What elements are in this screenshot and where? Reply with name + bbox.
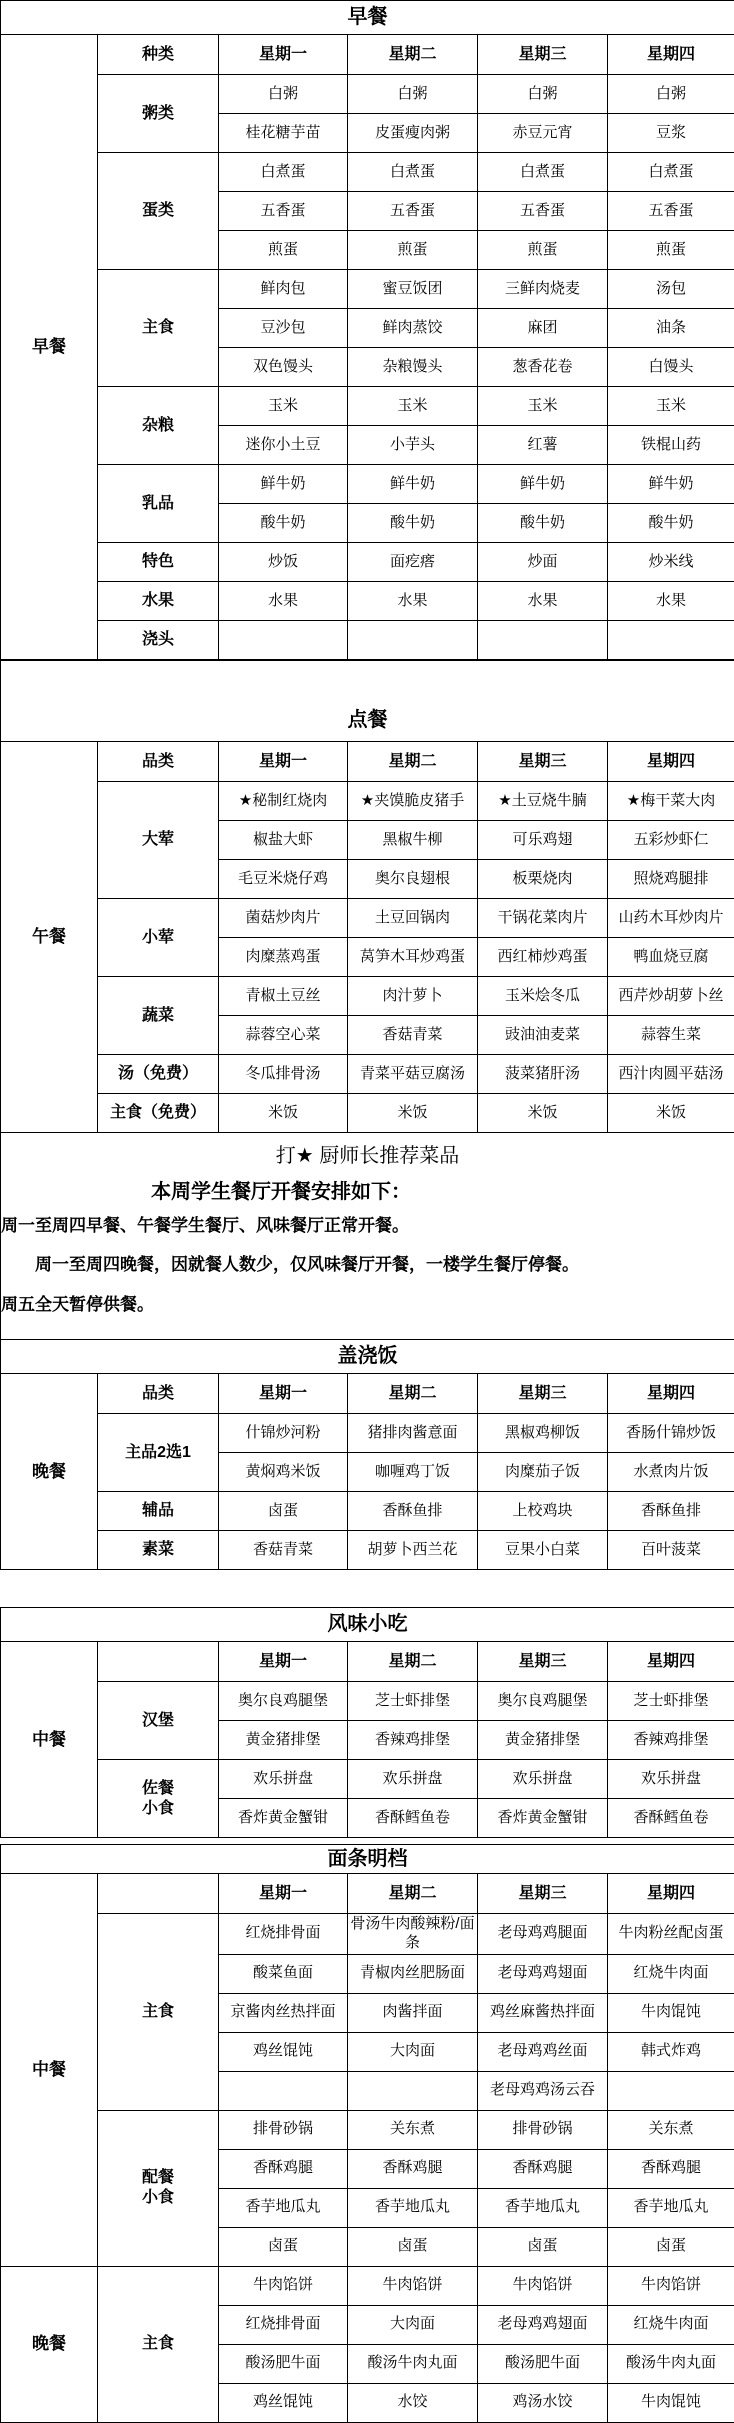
menu-item-cell	[478, 621, 608, 660]
menu-item-cell: 关东煮	[348, 2110, 478, 2149]
menu-document: 早餐早餐种类星期一星期二星期三星期四粥类白粥白粥白粥白粥桂花糖芋苗皮蛋瘦肉粥赤豆…	[0, 0, 734, 2423]
menu-item-cell: 香酥鸡腿	[608, 2149, 734, 2188]
section-fengweixiaochi: 风味小吃中餐星期一星期二星期三星期四汉堡奥尔良鸡腿堡芝士虾排堡奥尔良鸡腿堡芝士虾…	[0, 1607, 734, 1838]
menu-item-cell: 香炸黄金蟹钳	[219, 1799, 348, 1838]
menu-item-cell: 鲜肉蒸饺	[348, 309, 478, 348]
section-table-miantiao: 面条明档中餐星期一星期二星期三星期四主食红烧排骨面骨汤牛肉酸辣粉/面条老母鸡鸡腿…	[0, 1844, 734, 2423]
menu-item-cell: 鸡汤水饺	[478, 2383, 608, 2422]
menu-item-cell: 面疙瘩	[348, 543, 478, 582]
category-label: 浇头	[98, 621, 219, 660]
chef-recommend-note: 打★ 厨师长推荐菜品	[1, 1139, 734, 1168]
menu-item-cell: 红烧牛肉面	[608, 1954, 734, 1993]
menu-item-cell: 骨汤牛肉酸辣粉/面条	[348, 1914, 478, 1955]
menu-item-cell: 酸汤牛肉丸面	[348, 2344, 478, 2383]
menu-item-cell: 香芋地瓜丸	[348, 2188, 478, 2227]
menu-item-cell: 水果	[608, 582, 734, 621]
menu-item-cell: 鲜肉包	[219, 270, 348, 309]
menu-item-cell: 莴笋木耳炒鸡蛋	[348, 938, 478, 977]
menu-item-cell: 牛肉馅饼	[219, 2266, 348, 2305]
menu-item-cell: 水煮肉片饭	[608, 1453, 734, 1492]
menu-item-cell: 白馒头	[608, 348, 734, 387]
menu-item-cell: 煎蛋	[219, 231, 348, 270]
menu-item-cell: 香酥鸡腿	[478, 2149, 608, 2188]
menu-item-cell: 黄焖鸡米饭	[219, 1453, 348, 1492]
menu-item-cell: ★土豆烧牛腩	[478, 782, 608, 821]
menu-item-cell: 芝士虾排堡	[348, 1682, 478, 1721]
menu-item-cell: 五彩炒虾仁	[608, 821, 734, 860]
menu-item-cell: 铁棍山药	[608, 426, 734, 465]
category-label: 主食	[98, 270, 219, 387]
menu-item-cell: 蜜豆饭团	[348, 270, 478, 309]
meal-label: 午餐	[1, 742, 98, 1133]
menu-item-cell: 大肉面	[348, 2032, 478, 2071]
menu-item-cell: 胡萝卜西兰花	[348, 1531, 478, 1570]
menu-item-cell: 肉糜蒸鸡蛋	[219, 938, 348, 977]
menu-item-cell: 炒米线	[608, 543, 734, 582]
menu-item-cell: 鸡丝麻酱热拌面	[478, 1993, 608, 2032]
menu-item-cell: 黑椒牛柳	[348, 821, 478, 860]
menu-item-cell: 豆沙包	[219, 309, 348, 348]
menu-item-cell: 五香蛋	[608, 192, 734, 231]
menu-item-cell: 西红柿炒鸡蛋	[478, 938, 608, 977]
menu-item-cell: 水果	[478, 582, 608, 621]
menu-item-cell: 香炸黄金蟹钳	[478, 1799, 608, 1838]
menu-item-cell: 欢乐拼盘	[348, 1760, 478, 1799]
menu-item-cell: 黑椒鸡柳饭	[478, 1414, 608, 1453]
menu-item-cell: 土豆回锅肉	[348, 899, 478, 938]
menu-item-cell: 蒜蓉生菜	[608, 1016, 734, 1055]
menu-item-cell: 卤蛋	[608, 2227, 734, 2266]
category-label: 粥类	[98, 75, 219, 153]
section-miantiao: 面条明档中餐星期一星期二星期三星期四主食红烧排骨面骨汤牛肉酸辣粉/面条老母鸡鸡腿…	[0, 1844, 734, 2423]
menu-item-cell: 香辣鸡排堡	[608, 1721, 734, 1760]
menu-item-cell: 老母鸡鸡丝面	[478, 2032, 608, 2071]
menu-item-cell: 牛肉馄饨	[608, 2383, 734, 2422]
section-breakfast: 早餐早餐种类星期一星期二星期三星期四粥类白粥白粥白粥白粥桂花糖芋苗皮蛋瘦肉粥赤豆…	[0, 0, 734, 660]
category-header: 品类	[98, 742, 219, 782]
category-label: 素菜	[98, 1531, 219, 1570]
menu-item-cell: 椒盐大虾	[219, 821, 348, 860]
category-label: 佐餐 小食	[98, 1760, 219, 1838]
meal-label: 晚餐	[1, 2266, 98, 2422]
menu-item-cell: 牛肉馅饼	[348, 2266, 478, 2305]
menu-item-cell: ★秘制红烧肉	[219, 782, 348, 821]
meal-label: 晚餐	[1, 1374, 98, 1570]
category-label: 杂粮	[98, 387, 219, 465]
menu-item-cell	[219, 621, 348, 660]
menu-item-cell: 欢乐拼盘	[608, 1760, 734, 1799]
menu-item-cell: 煎蛋	[608, 231, 734, 270]
menu-item-cell: 麻团	[478, 309, 608, 348]
menu-item-cell: 关东煮	[608, 2110, 734, 2149]
weekday-header: 星期一	[219, 1874, 348, 1914]
weekday-header: 星期四	[608, 1642, 734, 1682]
section-table-gaijiaofan: 盖浇饭晚餐品类星期一星期二星期三星期四主品2选1什锦炒河粉猪排肉酱意面黑椒鸡柳饭…	[0, 1339, 734, 1570]
weekday-header: 星期四	[608, 1874, 734, 1914]
menu-item-cell	[348, 2071, 478, 2110]
menu-item-cell: 牛肉馅饼	[478, 2266, 608, 2305]
category-header: 品类	[98, 1374, 219, 1414]
menu-item-cell: 酸汤牛肉丸面	[608, 2344, 734, 2383]
menu-item-cell: 老母鸡鸡翅面	[478, 1954, 608, 1993]
menu-item-cell: 白粥	[219, 75, 348, 114]
section-title: 面条明档	[1, 1845, 734, 1874]
menu-item-cell: 老母鸡鸡腿面	[478, 1914, 608, 1955]
menu-item-cell: 京酱肉丝热拌面	[219, 1993, 348, 2032]
menu-item-cell: ★夹馍脆皮猪手	[348, 782, 478, 821]
menu-item-cell: 米饭	[219, 1094, 348, 1133]
menu-item-cell: 双色馒头	[219, 348, 348, 387]
weekday-header: 星期四	[608, 35, 734, 75]
category-label: 主食	[98, 1914, 219, 2111]
menu-item-cell: 三鲜肉烧麦	[478, 270, 608, 309]
menu-item-cell: 煎蛋	[478, 231, 608, 270]
menu-item-cell: 鲜牛奶	[608, 465, 734, 504]
category-label: 主食（免费）	[98, 1094, 219, 1133]
menu-item-cell: 上校鸡块	[478, 1492, 608, 1531]
menu-item-cell: 西芹炒胡萝卜丝	[608, 977, 734, 1016]
category-label: 蔬菜	[98, 977, 219, 1055]
category-label: 水果	[98, 582, 219, 621]
menu-item-cell: 卤蛋	[219, 1492, 348, 1531]
menu-item-cell: 香酥鸡腿	[219, 2149, 348, 2188]
section-table-fengweixiaochi: 风味小吃中餐星期一星期二星期三星期四汉堡奥尔良鸡腿堡芝士虾排堡奥尔良鸡腿堡芝士虾…	[0, 1607, 734, 1838]
category-label: 辅品	[98, 1492, 219, 1531]
menu-item-cell: 酸汤肥牛面	[478, 2344, 608, 2383]
menu-item-cell: 青椒肉丝肥肠面	[348, 1954, 478, 1993]
menu-item-cell: 杂粮馒头	[348, 348, 478, 387]
menu-item-cell	[608, 621, 734, 660]
menu-item-cell: 鲜牛奶	[478, 465, 608, 504]
menu-item-cell: 葱香花卷	[478, 348, 608, 387]
menu-item-cell: 青椒土豆丝	[219, 977, 348, 1016]
note-line-3: 周五全天暂停供餐。	[1, 1295, 734, 1315]
menu-item-cell: 鸡丝馄饨	[219, 2032, 348, 2071]
menu-item-cell	[348, 621, 478, 660]
category-label: 汉堡	[98, 1682, 219, 1760]
menu-item-cell: 香酥鱼排	[608, 1492, 734, 1531]
menu-item-cell: 老母鸡鸡汤云吞	[478, 2071, 608, 2110]
menu-item-cell: 猪排肉酱意面	[348, 1414, 478, 1453]
section-gap	[0, 1570, 734, 1607]
menu-item-cell: 红烧牛肉面	[608, 2305, 734, 2344]
weekday-header: 星期二	[348, 1642, 478, 1682]
menu-item-cell: 百叶菠菜	[608, 1531, 734, 1570]
menu-item-cell: 香酥鳕鱼卷	[608, 1799, 734, 1838]
menu-item-cell: 老母鸡鸡翅面	[478, 2305, 608, 2344]
menu-item-cell: 香酥鳕鱼卷	[348, 1799, 478, 1838]
category-label: 配餐 小食	[98, 2110, 219, 2266]
menu-item-cell: 韩式炸鸡	[608, 2032, 734, 2071]
weekday-header: 星期一	[219, 1642, 348, 1682]
menu-item-cell: 赤豆元宵	[478, 114, 608, 153]
menu-item-cell: 板栗烧肉	[478, 860, 608, 899]
weekday-header: 星期二	[348, 1874, 478, 1914]
menu-item-cell: 酸牛奶	[348, 504, 478, 543]
notes-block: 打★ 厨师长推荐菜品 本周学生餐厅开餐安排如下： 周一至周四早餐、午餐学生餐厅、…	[0, 1133, 734, 1339]
menu-item-cell: 玉米	[219, 387, 348, 426]
menu-item-cell: 卤蛋	[219, 2227, 348, 2266]
menu-item-cell: 白煮蛋	[478, 153, 608, 192]
menu-item-cell: 米饭	[348, 1094, 478, 1133]
menu-item-cell: 黄金猪排堡	[478, 1721, 608, 1760]
menu-item-cell: 炒饭	[219, 543, 348, 582]
weekday-header: 星期一	[219, 1374, 348, 1414]
menu-item-cell: 香芋地瓜丸	[219, 2188, 348, 2227]
menu-item-cell: 卤蛋	[348, 2227, 478, 2266]
weekday-header: 星期二	[348, 742, 478, 782]
menu-item-cell: 可乐鸡翅	[478, 821, 608, 860]
weekday-header: 星期二	[348, 35, 478, 75]
menu-item-cell: 炒面	[478, 543, 608, 582]
menu-item-cell: 玉米烩冬瓜	[478, 977, 608, 1016]
menu-item-cell: 奥尔良鸡腿堡	[478, 1682, 608, 1721]
section-title: 盖浇饭	[1, 1340, 734, 1374]
category-header	[98, 1642, 219, 1682]
menu-item-cell: 黄金猪排堡	[219, 1721, 348, 1760]
category-label: 汤（免费）	[98, 1055, 219, 1094]
menu-item-cell: 什锦炒河粉	[219, 1414, 348, 1453]
menu-item-cell: 五香蛋	[219, 192, 348, 231]
menu-item-cell: ★梅干菜大肉	[608, 782, 734, 821]
menu-item-cell: 香菇青菜	[348, 1016, 478, 1055]
menu-item-cell: 香酥鱼排	[348, 1492, 478, 1531]
menu-item-cell: 肉酱拌面	[348, 1993, 478, 2032]
section-table-breakfast: 早餐早餐种类星期一星期二星期三星期四粥类白粥白粥白粥白粥桂花糖芋苗皮蛋瘦肉粥赤豆…	[0, 0, 734, 660]
menu-item-cell: 卤蛋	[478, 2227, 608, 2266]
section-title: 早餐	[1, 1, 734, 35]
category-label: 乳品	[98, 465, 219, 543]
menu-item-cell: 水饺	[348, 2383, 478, 2422]
menu-item-cell: 桂花糖芋苗	[219, 114, 348, 153]
menu-item-cell: 青菜平菇豆腐汤	[348, 1055, 478, 1094]
weekday-header: 星期四	[608, 1374, 734, 1414]
menu-item-cell: 牛肉粉丝配卤蛋	[608, 1914, 734, 1955]
menu-item-cell: 红薯	[478, 426, 608, 465]
menu-item-cell: 酸菜鱼面	[219, 1954, 348, 1993]
menu-item-cell: 肉汁萝卜	[348, 977, 478, 1016]
category-label: 小荤	[98, 899, 219, 977]
menu-item-cell: 干锅花菜肉片	[478, 899, 608, 938]
menu-item-cell: 西汁肉圆平菇汤	[608, 1055, 734, 1094]
category-label: 主食	[98, 2266, 219, 2422]
meal-label: 中餐	[1, 1642, 98, 1838]
menu-item-cell: 咖喱鸡丁饭	[348, 1453, 478, 1492]
menu-item-cell: 排骨砂锅	[219, 2110, 348, 2149]
weekday-header: 星期三	[478, 35, 608, 75]
menu-item-cell: 酸牛奶	[219, 504, 348, 543]
menu-item-cell: 奥尔良翅根	[348, 860, 478, 899]
weekday-header: 星期一	[219, 742, 348, 782]
menu-item-cell: 香芋地瓜丸	[478, 2188, 608, 2227]
menu-item-cell: 汤包	[608, 270, 734, 309]
menu-item-cell: 煎蛋	[348, 231, 478, 270]
menu-item-cell: 牛肉馅饼	[608, 2266, 734, 2305]
menu-item-cell: 皮蛋瘦肉粥	[348, 114, 478, 153]
menu-item-cell: 冬瓜排骨汤	[219, 1055, 348, 1094]
menu-item-cell: 香肠什锦炒饭	[608, 1414, 734, 1453]
menu-item-cell: 白粥	[478, 75, 608, 114]
menu-item-cell: 豆浆	[608, 114, 734, 153]
menu-item-cell: 照烧鸡腿排	[608, 860, 734, 899]
category-label: 大荤	[98, 782, 219, 899]
weekday-header: 星期三	[478, 1374, 608, 1414]
menu-item-cell: 红烧排骨面	[219, 2305, 348, 2344]
menu-item-cell: 白粥	[608, 75, 734, 114]
section-title: 点餐	[1, 661, 734, 742]
section-title: 风味小吃	[1, 1608, 734, 1642]
weekday-header: 星期三	[478, 1642, 608, 1682]
note-line-2: 周一至周四晚餐，因就餐人数少，仅风味餐厅开餐，一楼学生餐厅停餐。	[1, 1255, 734, 1275]
menu-item-cell: 山药木耳炒肉片	[608, 899, 734, 938]
section-table-diancan: 点餐午餐品类星期一星期二星期三星期四大荤★秘制红烧肉★夹馍脆皮猪手★土豆烧牛腩★…	[0, 660, 734, 1133]
menu-item-cell	[219, 2071, 348, 2110]
menu-item-cell: 五香蛋	[348, 192, 478, 231]
menu-item-cell: 豉油油麦菜	[478, 1016, 608, 1055]
section-gaijiaofan: 盖浇饭晚餐品类星期一星期二星期三星期四主品2选1什锦炒河粉猪排肉酱意面黑椒鸡柳饭…	[0, 1339, 734, 1570]
meal-label: 中餐	[1, 1874, 98, 2267]
menu-item-cell: 牛肉馄饨	[608, 1993, 734, 2032]
menu-item-cell: 奥尔良鸡腿堡	[219, 1682, 348, 1721]
notes-heading: 本周学生餐厅开餐安排如下：	[151, 1175, 734, 1204]
category-label: 蛋类	[98, 153, 219, 270]
menu-item-cell: 香酥鸡腿	[348, 2149, 478, 2188]
note-line-1: 周一至周四早餐、午餐学生餐厅、风味餐厅正常开餐。	[1, 1216, 734, 1236]
menu-item-cell: 香菇青菜	[219, 1531, 348, 1570]
menu-item-cell: 五香蛋	[478, 192, 608, 231]
menu-item-cell: 香辣鸡排堡	[348, 1721, 478, 1760]
menu-item-cell: 白煮蛋	[219, 153, 348, 192]
section-diancan: 点餐午餐品类星期一星期二星期三星期四大荤★秘制红烧肉★夹馍脆皮猪手★土豆烧牛腩★…	[0, 660, 734, 1133]
menu-item-cell: 毛豆米烧仔鸡	[219, 860, 348, 899]
weekday-header: 星期二	[348, 1374, 478, 1414]
category-header: 种类	[98, 35, 219, 75]
menu-item-cell: 迷你小土豆	[219, 426, 348, 465]
menu-item-cell: 菌菇炒肉片	[219, 899, 348, 938]
menu-item-cell: 玉米	[478, 387, 608, 426]
menu-item-cell: 欢乐拼盘	[478, 1760, 608, 1799]
menu-item-cell: 豆果小白菜	[478, 1531, 608, 1570]
menu-item-cell: 水果	[348, 582, 478, 621]
menu-item-cell: 香芋地瓜丸	[608, 2188, 734, 2227]
menu-item-cell: 肉糜茄子饭	[478, 1453, 608, 1492]
menu-item-cell: 酸牛奶	[608, 504, 734, 543]
menu-item-cell: 红烧排骨面	[219, 1914, 348, 1955]
category-label: 特色	[98, 543, 219, 582]
menu-item-cell: 鲜牛奶	[348, 465, 478, 504]
category-label: 主品2选1	[98, 1414, 219, 1492]
menu-item-cell: 白煮蛋	[608, 153, 734, 192]
menu-item-cell: 米饭	[608, 1094, 734, 1133]
category-header	[98, 1874, 219, 1914]
menu-item-cell: 鸡丝馄饨	[219, 2383, 348, 2422]
menu-item-cell: 菠菜猪肝汤	[478, 1055, 608, 1094]
menu-item-cell	[608, 2071, 734, 2110]
weekday-header: 星期四	[608, 742, 734, 782]
menu-item-cell: 大肉面	[348, 2305, 478, 2344]
menu-item-cell: 玉米	[608, 387, 734, 426]
menu-item-cell: 米饭	[478, 1094, 608, 1133]
weekday-header: 星期三	[478, 1874, 608, 1914]
menu-item-cell: 鲜牛奶	[219, 465, 348, 504]
menu-item-cell: 油条	[608, 309, 734, 348]
menu-item-cell: 水果	[219, 582, 348, 621]
menu-item-cell: 小芋头	[348, 426, 478, 465]
menu-item-cell: 蒜蓉空心菜	[219, 1016, 348, 1055]
menu-item-cell: 玉米	[348, 387, 478, 426]
menu-item-cell: 白粥	[348, 75, 478, 114]
menu-item-cell: 欢乐拼盘	[219, 1760, 348, 1799]
menu-item-cell: 白煮蛋	[348, 153, 478, 192]
weekday-header: 星期三	[478, 742, 608, 782]
meal-label: 早餐	[1, 35, 98, 660]
menu-item-cell: 芝士虾排堡	[608, 1682, 734, 1721]
menu-item-cell: 酸汤肥牛面	[219, 2344, 348, 2383]
menu-item-cell: 酸牛奶	[478, 504, 608, 543]
weekday-header: 星期一	[219, 35, 348, 75]
menu-item-cell: 鸭血烧豆腐	[608, 938, 734, 977]
menu-item-cell: 排骨砂锅	[478, 2110, 608, 2149]
